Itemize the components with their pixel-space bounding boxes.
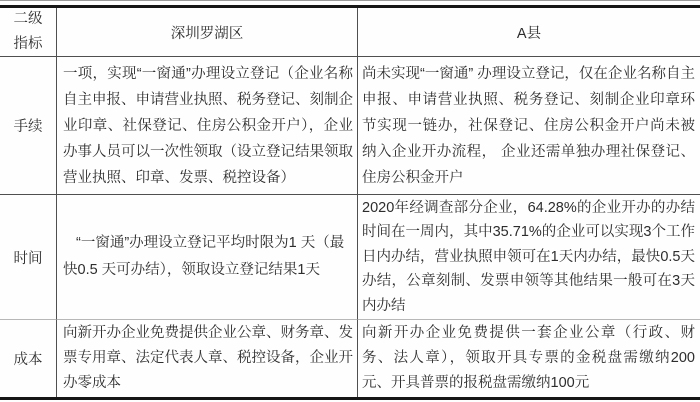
row-procedure-label: 手续 <box>14 115 43 136</box>
page-top-rule <box>0 0 700 1</box>
row-cost-label: 成本 <box>14 348 43 369</box>
row-procedure-shenzhen-text: 一项，实现“一窗通”办理设立登记（企业名称自主申报、申请营业执照、税务登记、刻制… <box>63 61 353 191</box>
header-indicator-label: 二级指标 <box>0 7 56 57</box>
row-cost-a-county-cell: 向新开办企业免费提供一套企业公章（行政、财务、法人章），领取开具专票的金税盘需缴… <box>358 320 700 397</box>
row-time-shenzhen-cell: “一窗通”办理设立登记平均时限为1 天（最快0.5 天可办结），领取设立登记结果… <box>57 195 358 320</box>
row-time-label: 时间 <box>14 247 43 268</box>
row-time-a-county-text: 2020年经调查部分企业，64.28%的企业开办的办结时间在一周内，其中35.7… <box>362 196 695 319</box>
header-shenzhen-luohu-label: 深圳罗湖区 <box>171 22 244 43</box>
document-page: 二级指标 深圳罗湖区 A县 手续 一项，实现“一窗通”办理设立登记（企业名称自主… <box>0 0 700 402</box>
row-procedure-label-cell: 手续 <box>0 57 57 195</box>
header-cell-shenzhen-luohu: 深圳罗湖区 <box>57 8 358 57</box>
header-cell-indicator: 二级指标 <box>0 8 57 57</box>
row-procedure-shenzhen-cell: 一项，实现“一窗通”办理设立登记（企业名称自主申报、申请营业执照、税务登记、刻制… <box>57 57 358 195</box>
row-cost-shenzhen-text: 向新开办企业免费提供企业公章、财务章、发票专用章、法定代表人章、税控设备，企业开… <box>63 321 353 396</box>
row-cost-a-county-text: 向新开办企业免费提供一套企业公章（行政、财务、法人章），领取开具专票的金税盘需缴… <box>362 321 695 396</box>
row-time-label-cell: 时间 <box>0 195 57 320</box>
comparison-table: 二级指标 深圳罗湖区 A县 手续 一项，实现“一窗通”办理设立登记（企业名称自主… <box>0 5 700 400</box>
header-a-county-label: A县 <box>517 22 541 43</box>
row-cost-label-cell: 成本 <box>0 320 57 397</box>
row-time-a-county-cell: 2020年经调查部分企业，64.28%的企业开办的办结时间在一周内，其中35.7… <box>358 195 700 320</box>
row-procedure-a-county-text: 尚未实现“一窗通” 办理设立登记，仅在企业名称自主申报、申请营业执照、税务登记、… <box>362 61 695 191</box>
row-cost-shenzhen-cell: 向新开办企业免费提供企业公章、财务章、发票专用章、法定代表人章、税控设备，企业开… <box>57 320 358 397</box>
header-cell-a-county: A县 <box>358 8 700 57</box>
row-time-shenzhen-text: “一窗通”办理设立登记平均时限为1 天（最快0.5 天可办结），领取设立登记结果… <box>63 230 353 284</box>
row-procedure-a-county-cell: 尚未实现“一窗通” 办理设立登记，仅在企业名称自主申报、申请营业执照、税务登记、… <box>358 57 700 195</box>
